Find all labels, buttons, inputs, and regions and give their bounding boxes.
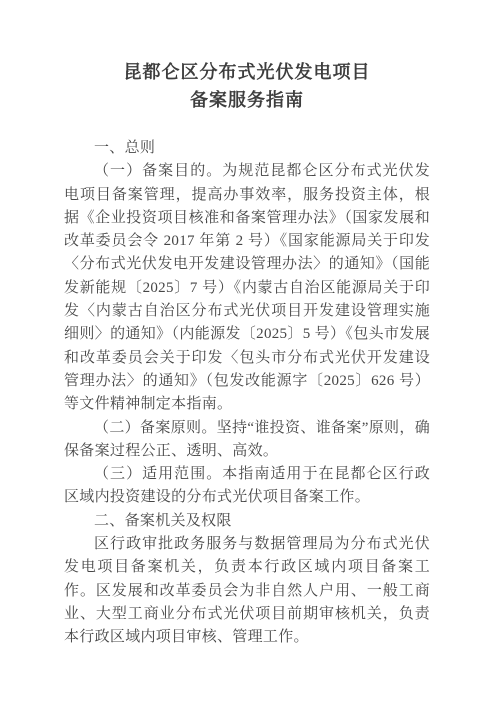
title-line-1: 昆都仑区分布式光伏发电项目	[64, 58, 430, 86]
paragraph-filing-authority-detail: 区行政审批政务服务与数据管理局为分布式光伏发电项目备案机关，负责本行政区域内项目…	[64, 533, 430, 649]
document-body: 一、总则 （一）备案目的。为规范昆都仑区分布式光伏发电项目备案管理，提高办事效率…	[64, 137, 430, 650]
document-title: 昆都仑区分布式光伏发电项目 备案服务指南	[64, 58, 430, 114]
paragraph-filing-purpose: （一）备案目的。为规范昆都仑区分布式光伏发电项目备案管理，提高办事效率，服务投资…	[64, 160, 430, 416]
paragraph-scope-of-application: （三）适用范围。本指南适用于在昆都仑区行政区域内投资建设的分布式光伏项目备案工作…	[64, 463, 430, 510]
section-heading-filing-authority: 二、备案机关及权限	[64, 510, 430, 533]
section-heading-general-provisions: 一、总则	[64, 137, 430, 160]
paragraph-filing-principle: （二）备案原则。坚持“谁投资、谁备案”原则，确保备案过程公正、透明、高效。	[64, 417, 430, 464]
document-page: 昆都仑区分布式光伏发电项目 备案服务指南 一、总则 （一）备案目的。为规范昆都仑…	[0, 0, 500, 707]
title-line-2: 备案服务指南	[64, 86, 430, 114]
